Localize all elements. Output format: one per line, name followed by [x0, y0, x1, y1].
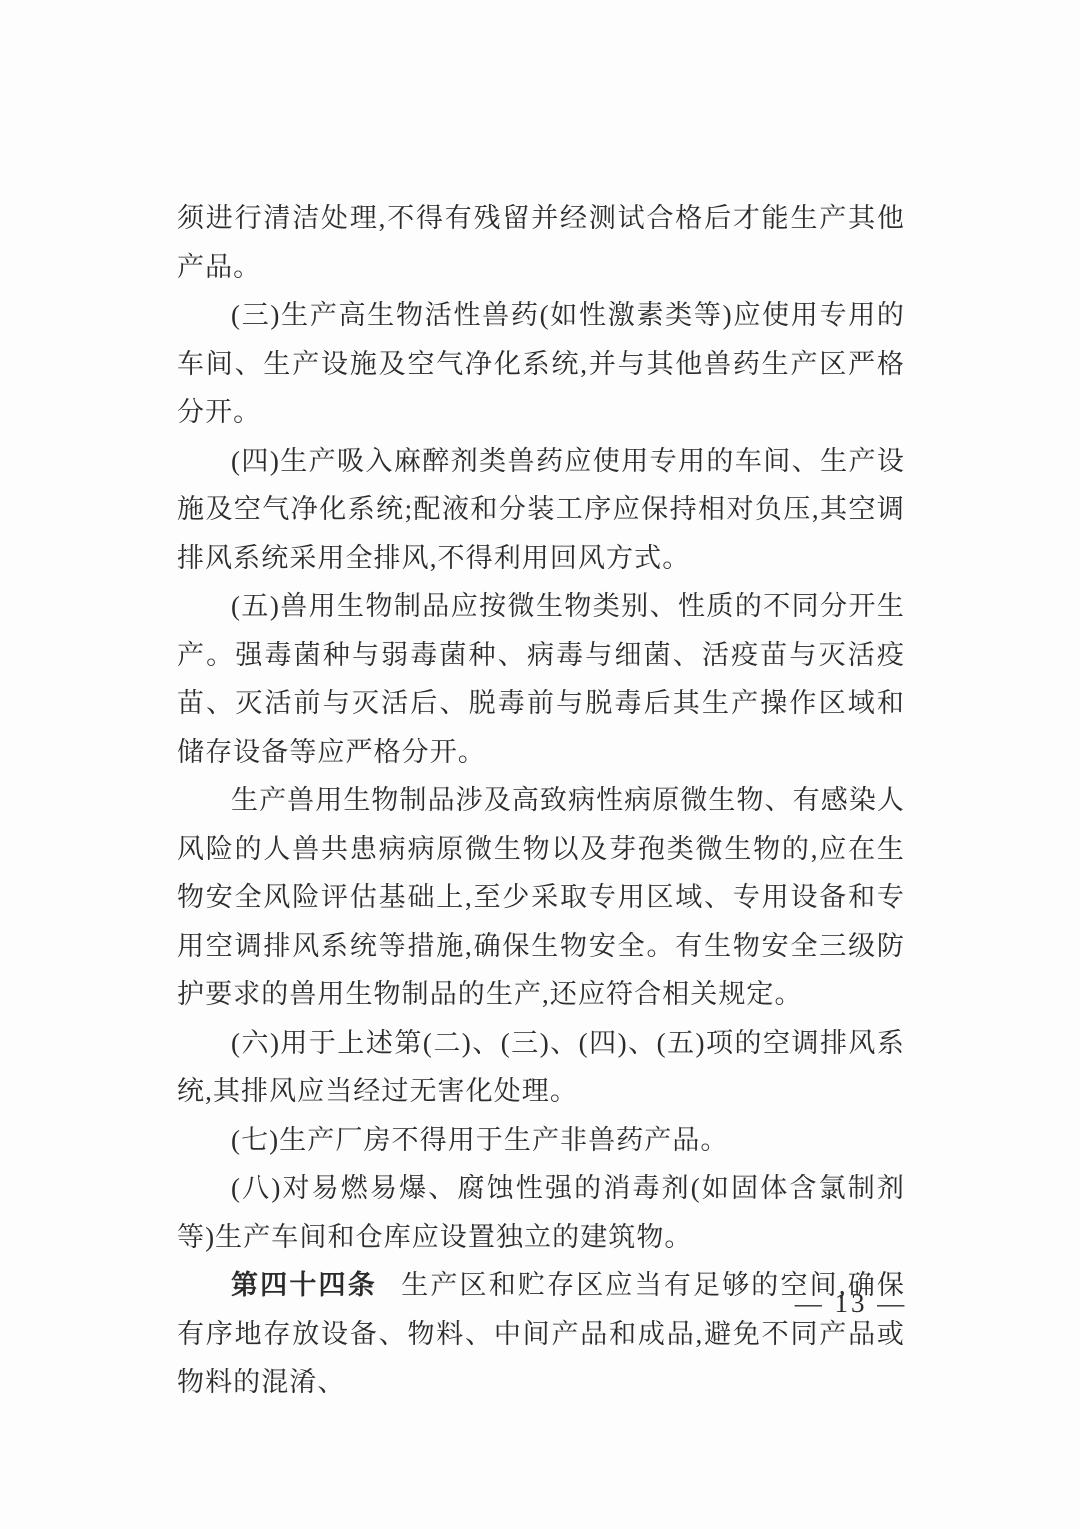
document-body: 须进行清洁处理,不得有残留并经测试合格后才能生产其他产品。 (三)生产高生物活性… [177, 194, 905, 1407]
paragraph-article-44: 第四十四条生产区和贮存区应当有足够的空间,确保有序地存放设备、物料、中间产品和成… [177, 1261, 905, 1407]
paragraph-item-7: (七)生产厂房不得用于生产非兽药产品。 [177, 1116, 905, 1165]
paragraph-item-5: (五)兽用生物制品应按微生物类别、性质的不同分开生产。强毒菌种与弱毒菌种、病毒与… [177, 582, 905, 776]
paragraph-item-3: (三)生产高生物活性兽药(如性激素类等)应使用专用的车间、生产设施及空气净化系统… [177, 291, 905, 437]
paragraph-item-8: (八)对易燃易爆、腐蚀性强的消毒剂(如固体含氯制剂等)生产车间和仓库应设置独立的… [177, 1164, 905, 1261]
article-44-heading: 第四十四条 [231, 1270, 377, 1300]
paragraph-item-6: (六)用于上述第(二)、(三)、(四)、(五)项的空调排风系统,其排风应当经过无… [177, 1019, 905, 1116]
paragraph-continuation: 须进行清洁处理,不得有残留并经测试合格后才能生产其他产品。 [177, 194, 905, 291]
document-page: 须进行清洁处理,不得有残留并经测试合格后才能生产其他产品。 (三)生产高生物活性… [0, 0, 1080, 1529]
paragraph-biosafety: 生产兽用生物制品涉及高致病性病原微生物、有感染人风险的人兽共患病病原微生物以及芽… [177, 776, 905, 1019]
paragraph-item-4: (四)生产吸入麻醉剂类兽药应使用专用的车间、生产设施及空气净化系统;配液和分装工… [177, 437, 905, 583]
page-number: — 13 — [756, 1288, 946, 1319]
